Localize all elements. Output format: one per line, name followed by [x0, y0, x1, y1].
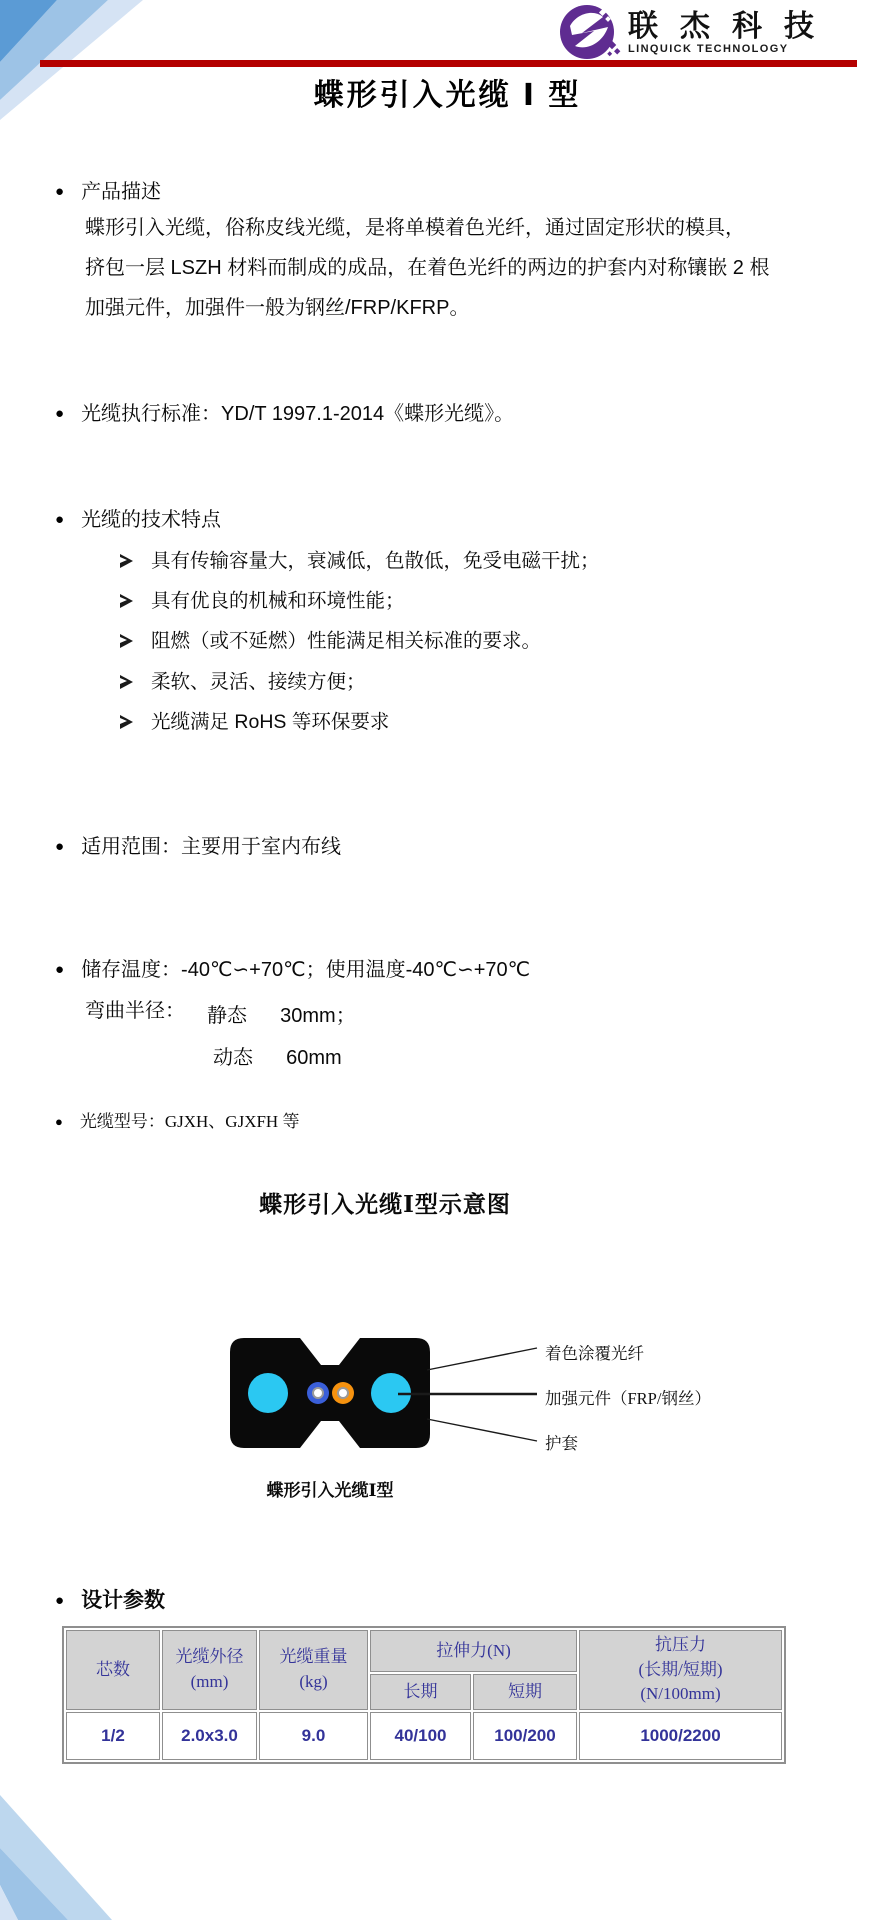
- feature-item: 阻燃（或不延燃）性能满足相关标准的要求。: [120, 629, 541, 653]
- section-heading: 光缆的技术特点: [81, 508, 221, 532]
- section-heading: 产品描述: [81, 180, 161, 204]
- section-model: ● 光缆型号：GJXH、GJXFH 等: [55, 1110, 299, 1134]
- cell-weight: 9.0: [259, 1712, 368, 1760]
- cell-cores: 1/2: [66, 1712, 160, 1760]
- product-desc-line: 蝶形引入光缆，俗称皮线光缆，是将单模着色光纤，通过固定形状的模具，: [85, 216, 745, 240]
- static-value: 30mm；: [280, 1005, 356, 1027]
- bullet-icon: ●: [55, 835, 64, 859]
- fiber-orange-core: [338, 1388, 348, 1398]
- table-header-row: 芯数 光缆外径 (mm) 光缆重量 (kg) 拉伸力(N) 抗压力 (长期/短期…: [66, 1630, 782, 1672]
- header-tensile: 拉伸力(N): [370, 1630, 577, 1672]
- header-diameter-line2: (mm): [167, 1670, 252, 1695]
- feature-text: 柔软、灵活、接续方便；: [151, 670, 366, 694]
- header-weight: 光缆重量 (kg): [259, 1630, 368, 1710]
- corner-decoration-bottom-left: [0, 1790, 130, 1920]
- design-parameters-table: 芯数 光缆外径 (mm) 光缆重量 (kg) 拉伸力(N) 抗压力 (长期/短期…: [62, 1626, 786, 1764]
- diagram-caption: 蝶形引入光缆Ⅰ型: [230, 1476, 430, 1501]
- header-crush: 抗压力 (长期/短期) (N/100mm): [579, 1630, 782, 1710]
- diagram-label-strength: 加强元件（FRP/钢丝）: [545, 1385, 711, 1409]
- bend-static-row: 静态 30mm；: [207, 999, 356, 1028]
- feature-item: 具有传输容量大，衰减低，色散低，免受电磁干扰；: [120, 549, 600, 573]
- section-application: ● 适用范围：主要用于室内布线: [55, 835, 341, 859]
- section-heading: 设计参数: [81, 1589, 165, 1613]
- section-temperature: ● 储存温度：-40℃∽+70℃；使用温度-40℃∽+70℃: [55, 958, 530, 982]
- bullet-icon: ●: [55, 1110, 63, 1134]
- company-logo: 联杰科技 LINQUICK TECHNOLOGY: [558, 2, 836, 62]
- product-desc-line: 挤包一层 LSZH 材料而制成的成品，在着色光纤的两边的护套内对称镶嵌 2 根: [85, 256, 769, 280]
- cell-tensile-long: 40/100: [370, 1712, 471, 1760]
- arrow-bullet-icon: [120, 634, 133, 648]
- bend-radius-label: 弯曲半径：: [85, 1000, 185, 1022]
- label-line-fiber: [427, 1348, 537, 1370]
- arrow-bullet-icon: [120, 554, 133, 568]
- feature-item: 柔软、灵活、接续方便；: [120, 670, 366, 694]
- cell-diameter: 2.0x3.0: [162, 1712, 257, 1760]
- diagram-label-fiber: 着色涂覆光纤: [545, 1340, 644, 1364]
- brand-name-cn: 联杰科技: [628, 10, 836, 43]
- header-diameter: 光缆外径 (mm): [162, 1630, 257, 1710]
- header-divider: [40, 60, 857, 67]
- brand-name-en: LINQUICK TECHNOLOGY: [628, 43, 836, 55]
- logo-mark-icon: [558, 2, 622, 62]
- label-line-sheath: [427, 1419, 537, 1441]
- header-crush-line3: (N/100mm): [584, 1682, 777, 1707]
- diagram-title: 蝶形引入光缆Ⅰ型示意图: [0, 1186, 770, 1219]
- arrow-bullet-icon: [120, 675, 133, 689]
- static-label: 静态: [207, 1005, 247, 1027]
- feature-text: 光缆满足 RoHS 等环保要求: [151, 710, 389, 734]
- header-shortterm: 短期: [473, 1674, 577, 1710]
- bend-dynamic-row: 动态 60mm: [213, 1041, 342, 1070]
- bullet-icon: ●: [55, 508, 64, 532]
- section-features: ● 光缆的技术特点: [55, 508, 221, 532]
- section-design-parameters: ● 设计参数: [55, 1589, 165, 1613]
- header-cores: 芯数: [66, 1630, 160, 1710]
- page-title: 蝶形引入光缆 Ⅰ 型: [0, 70, 895, 114]
- feature-item: 光缆满足 RoHS 等环保要求: [120, 710, 389, 734]
- standard-text: 光缆执行标准：YD/T 1997.1-2014《蝶形光缆》。: [81, 402, 514, 426]
- bullet-icon: ●: [55, 958, 64, 982]
- header-crush-line2: (长期/短期): [584, 1658, 777, 1683]
- arrow-bullet-icon: [120, 715, 133, 729]
- header-longterm: 长期: [370, 1674, 471, 1710]
- temperature-text: 储存温度：-40℃∽+70℃；使用温度-40℃∽+70℃: [81, 958, 530, 982]
- bullet-icon: ●: [55, 1589, 64, 1613]
- cell-tensile-short: 100/200: [473, 1712, 577, 1760]
- feature-text: 具有优良的机械和环境性能；: [151, 589, 405, 613]
- cell-crush: 1000/2200: [579, 1712, 782, 1760]
- application-text: 适用范围：主要用于室内布线: [81, 835, 341, 859]
- section-standard: ● 光缆执行标准：YD/T 1997.1-2014《蝶形光缆》。: [55, 402, 514, 426]
- table-data-row: 1/2 2.0x3.0 9.0 40/100 100/200 1000/2200: [66, 1712, 782, 1760]
- bullet-icon: ●: [55, 180, 64, 204]
- feature-item: 具有优良的机械和环境性能；: [120, 589, 405, 613]
- bend-radius-row: 弯曲半径：: [85, 999, 185, 1023]
- dynamic-value: 60mm: [286, 1047, 342, 1069]
- datasheet-page: 联杰科技 LINQUICK TECHNOLOGY 蝶形引入光缆 Ⅰ 型 ● 产品…: [0, 0, 895, 1920]
- bullet-icon: ●: [55, 402, 64, 426]
- header-crush-line1: 抗压力: [584, 1633, 777, 1658]
- feature-text: 具有传输容量大，衰减低，色散低，免受电磁干扰；: [151, 549, 600, 573]
- dynamic-label: 动态: [213, 1047, 253, 1069]
- strength-member-left: [248, 1373, 288, 1413]
- model-text: 光缆型号：GJXH、GJXFH 等: [80, 1110, 300, 1134]
- arrow-bullet-icon: [120, 594, 133, 608]
- section-product-description: ● 产品描述: [55, 180, 161, 204]
- header-diameter-line1: 光缆外径: [167, 1645, 252, 1670]
- cable-cross-section-diagram: [0, 1320, 895, 1510]
- feature-text: 阻燃（或不延燃）性能满足相关标准的要求。: [151, 629, 541, 653]
- fiber-blue-core: [313, 1388, 323, 1398]
- product-desc-line: 加强元件，加强件一般为钢丝/FRP/KFRP。: [85, 296, 469, 320]
- diagram-label-sheath: 护套: [545, 1430, 578, 1454]
